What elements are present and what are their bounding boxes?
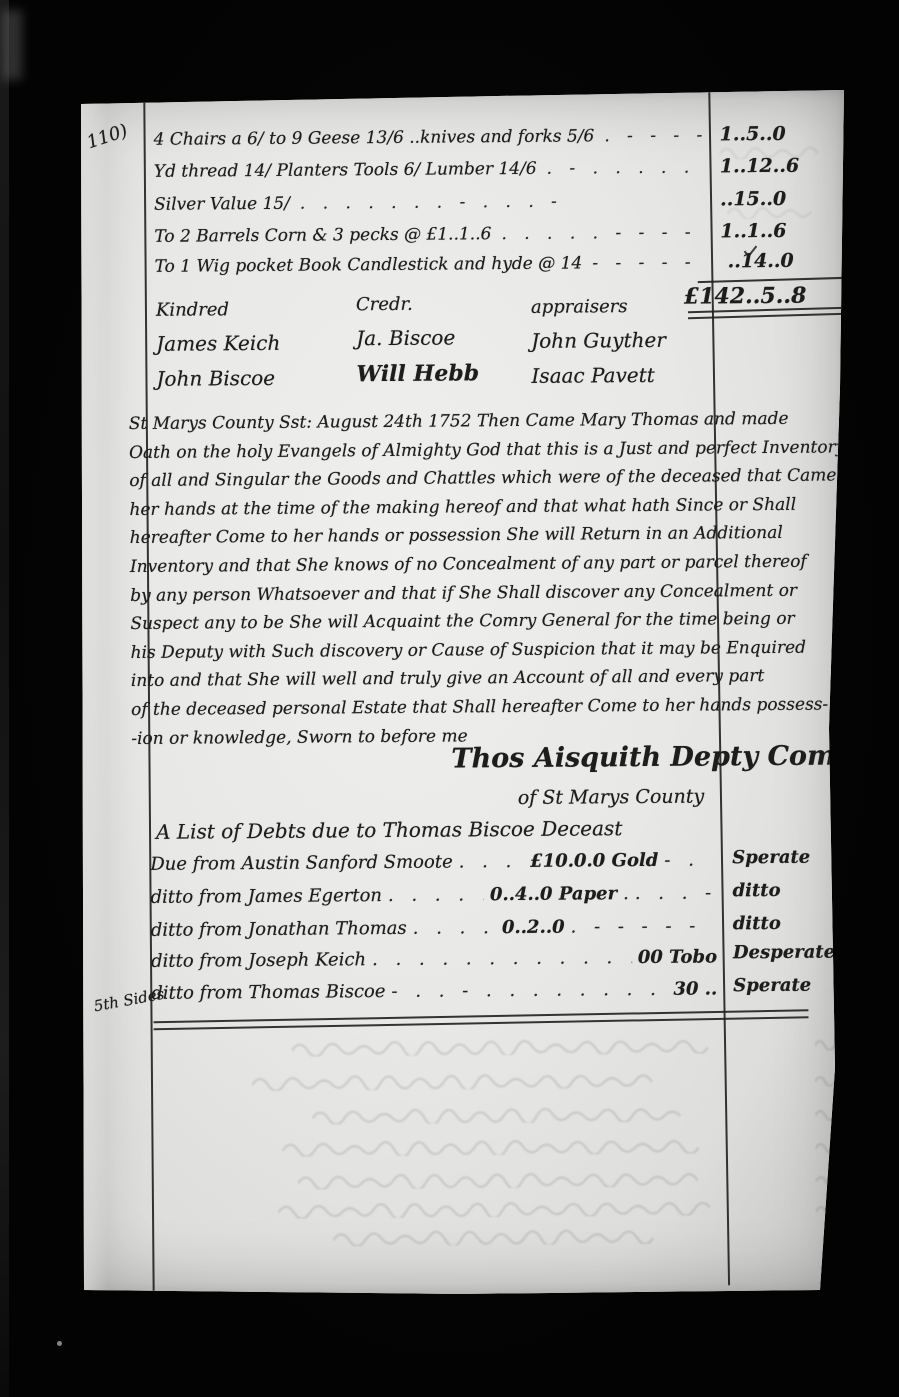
kindred-label: Kindred — [156, 299, 280, 321]
bleed-through-amount — [816, 1172, 854, 1186]
appraiser-name: Isaac Pavett — [531, 363, 666, 388]
debt-status: Sperate — [732, 847, 810, 869]
dot-leader: . - - - - - - - — [570, 915, 710, 937]
dot-leader: - . - - - — [664, 849, 710, 870]
debt-amount: 00 Tobo — [638, 946, 717, 968]
appraiser-name: John Guyther — [531, 328, 666, 353]
dot-leader: . . . . . - — [388, 884, 484, 906]
scan-smudge — [2, 10, 22, 80]
debt-row: ditto from James Egerton . . . . . - 0..… — [150, 882, 716, 907]
bleed-through-amount — [816, 1202, 854, 1216]
debt-status: Sperate — [733, 975, 811, 997]
debt-item: ditto from Joseph Keich — [151, 949, 366, 972]
bleed-through-line — [312, 1104, 692, 1125]
dot-leader: . - - - - - .. — [604, 125, 705, 146]
ledger-item: Silver Value 15/ — [154, 194, 290, 215]
oath-paragraph: St Marys County Sst: August 24th 1752 Th… — [129, 404, 838, 753]
debt-row: ditto from Joseph Keich . . . . . . . . … — [151, 946, 717, 971]
ledger-amount: ..14..0 — [727, 250, 793, 273]
debt-status: ditto — [732, 880, 780, 901]
kindred-name: John Biscoe — [156, 366, 280, 391]
debt-item: Due from Austin Sanford Smoote — [150, 851, 453, 874]
kindred-name: James Keich — [156, 331, 280, 356]
bleed-through-amount — [815, 1072, 853, 1086]
side-count-note: 5th Sides — [92, 985, 165, 1016]
creditor-name: Ja. Biscoe — [356, 325, 479, 350]
folio-number: 110) — [84, 120, 130, 153]
creditor-signature: Will Hebb — [356, 360, 479, 387]
scanner-edge-strip — [0, 0, 9, 1397]
kindred-column: Kindred James Keich John Biscoe — [156, 299, 281, 402]
ledger-item: To 2 Barrels Corn & 3 pecks @ £1..1..6 — [154, 224, 491, 247]
debt-item: ditto from James Egerton — [150, 885, 382, 908]
signature-county-line: of St Marys County — [518, 786, 705, 809]
debt-status: Desperate — [733, 941, 835, 963]
page-content: 110) 4 Chairs a 6/ to 9 Geese 13/6 ..kni… — [74, 84, 853, 1298]
bleed-through-line — [282, 1135, 712, 1156]
dot-leader: - - - - - - - — [592, 252, 706, 273]
bleed-through-mark — [720, 143, 830, 160]
dot-leader: . . . . - — [413, 917, 496, 939]
scanned-document: { "document": { "folio_number": "110)", … — [0, 0, 899, 1397]
debt-row: ditto from Jonathan Thomas . . . . - 0..… — [151, 915, 717, 940]
debt-status: ditto — [733, 913, 781, 934]
bleed-through-line — [298, 1168, 718, 1189]
dot-leader: . . . ... . . — [459, 851, 525, 873]
dust-speck — [57, 1341, 62, 1346]
appraisers-label: appraisers — [531, 296, 666, 318]
debt-item: ditto from Thomas Biscoe — [151, 981, 385, 1004]
bleed-through-line — [333, 1226, 663, 1247]
bleed-through-line — [292, 1035, 722, 1056]
bleed-through-amount — [815, 1106, 853, 1120]
debt-amount: 0..2..0 — [502, 917, 565, 938]
dot-leader: . - . . . . . . . . — [547, 157, 706, 178]
closing-rule-1 — [154, 1009, 809, 1023]
ledger-item: Yd thread 14/ Planters Tools 6/ Lumber 1… — [154, 159, 537, 182]
ledger-row: Yd thread 14/ Planters Tools 6/ Lumber 1… — [154, 157, 706, 181]
dot-leader: . . . . . . . - . . . - — [300, 190, 706, 213]
ledger-total: £142..5..8 — [684, 283, 807, 310]
ledger-row: 4 Chairs a 6/ to 9 Geese 13/6 ..knives a… — [154, 125, 706, 149]
stray-ink-mark: J — [835, 1144, 841, 1162]
debt-amount: £10.0.0 Gold — [530, 850, 658, 872]
manuscript-page: 110) 4 Chairs a 6/ to 9 Geese 13/6 ..kni… — [78, 88, 848, 1296]
oath-line: of the deceased personal Estate that Sha… — [131, 690, 837, 724]
closing-rule-2 — [154, 1016, 809, 1030]
bleed-through-mark — [727, 203, 827, 220]
ledger-item: To 1 Wig pocket Book Candlestick and hyd… — [155, 253, 583, 276]
debt-row: Due from Austin Sanford Smoote . . . ...… — [150, 849, 716, 874]
dot-leader: . . . . . - - - - — [501, 222, 706, 244]
dot-leader: . . . . . . . . . . . . . .. - — [372, 947, 632, 970]
ledger-row: To 2 Barrels Corn & 3 pecks @ £1..1..6 .… — [154, 222, 706, 246]
appraisers-column: appraisers John Guyther Isaac Pavett — [531, 296, 666, 399]
debt-amount: 0..4..0 Paper — [490, 883, 617, 905]
debt-item: ditto from Jonathan Thomas — [151, 918, 407, 941]
creditors-column: Credr. Ja. Biscoe Will Hebb — [356, 293, 479, 398]
deputy-commissary-signature: Thos Aisquith Depty Comisry — [451, 740, 891, 774]
ledger-item: 4 Chairs a 6/ to 9 Geese 13/6 ..knives a… — [154, 126, 595, 149]
ledger-row: Silver Value 15/ . . . . . . . - . . . - — [154, 190, 706, 214]
dot-leader: .. . . - - — [623, 882, 711, 904]
creditors-label: Credr. — [356, 293, 479, 315]
debt-amount: 30 .. — [673, 978, 717, 999]
ledger-row: To 1 Wig pocket Book Candlestick and hyd… — [155, 252, 707, 276]
debt-row: ditto from Thomas Biscoe - . . - . . . .… — [151, 978, 717, 1003]
bleed-through-line — [252, 1070, 672, 1091]
bleed-through-amount — [815, 1036, 853, 1050]
bleed-through-line — [278, 1197, 718, 1218]
ledger-amount: 1..1..6 — [720, 220, 786, 243]
dot-leader: - . . - . . . . . . . . . . — [391, 979, 667, 1002]
bleed-through-amount — [815, 1139, 853, 1153]
debts-list-title: A List of Debts due to Thomas Biscoe Dec… — [156, 816, 622, 844]
